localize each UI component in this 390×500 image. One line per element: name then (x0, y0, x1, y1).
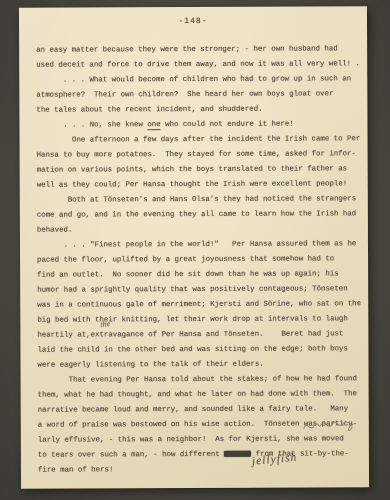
typescript-line: paced the floor, uplifted by a great joy… (37, 252, 363, 268)
typescript-line: were eagerly listening to the talk of th… (37, 357, 363, 373)
underlined-word: one (147, 121, 160, 130)
pencil-scribble-annotation (302, 419, 360, 435)
typescript-line: One afternoon a few days after the incid… (37, 132, 363, 148)
line-text: . . . No, she knew (36, 121, 147, 129)
typescript-line: was in a continuous gale of merriment; K… (37, 297, 363, 313)
manuscript-page: -148- an easy matter because they were t… (19, 6, 369, 489)
typescript-line: to tears over such a man, - how differen… (38, 447, 364, 463)
typescript-line: laid the child in the other bed and was … (37, 342, 363, 358)
typescript-line: . . . "Finest people in the world!" Per … (37, 237, 363, 253)
typescript-line: big bed with their knitting, let their w… (37, 312, 363, 328)
line-text: to tears over such a man, - how differen… (38, 451, 224, 460)
typescript-line: mation on various points, which the boys… (37, 162, 363, 178)
typescript-line: Both at Tönseten's and Hans Olsa's they … (37, 192, 363, 208)
typescript-line: well as they could; Per Hansa thought th… (37, 177, 363, 193)
typescript-line: heartily at,extravagance of Per Hansa an… (37, 327, 363, 343)
typescript-line: used deceit and force to drive them away… (36, 57, 362, 73)
typescript-line: atmosphere? Their own children? She hear… (36, 87, 362, 103)
typescript-body: an easy matter because they were the str… (36, 42, 364, 478)
typescript-line: . . . What would become of children who … (36, 72, 362, 88)
typescript-line: narrative became loud and merry, and sou… (38, 402, 364, 418)
typescript-line: behaved. (37, 222, 363, 238)
typescript-line: them, what he had thought, and what he l… (38, 387, 364, 403)
pencil-caret-insertion: the (100, 319, 110, 329)
typescript-line: an easy matter because they were the str… (36, 42, 362, 58)
typescript-line: . . . No, she knew one who could not end… (36, 117, 362, 133)
typescript-line: find an outlet. No sooner did he sit dow… (37, 267, 363, 283)
typescript-line: fire man of hers! (38, 462, 364, 478)
typescript-line: come and go, and in the evening they all… (37, 207, 363, 223)
page-number: -148- (19, 6, 367, 27)
typescript-line: humor had a sprightly quality that was p… (37, 282, 363, 298)
typescript-line: the tales about the recent incident, and… (36, 102, 362, 118)
photo-background: -148- an easy matter because they were t… (0, 0, 390, 500)
line-text: who could not endure it here! (161, 121, 294, 130)
typescript-line: That evening Per Hansa told about the st… (38, 372, 364, 388)
obliterated-word (224, 451, 251, 457)
typescript-line: Hansa to buy more potatoes. They stayed … (37, 147, 363, 163)
